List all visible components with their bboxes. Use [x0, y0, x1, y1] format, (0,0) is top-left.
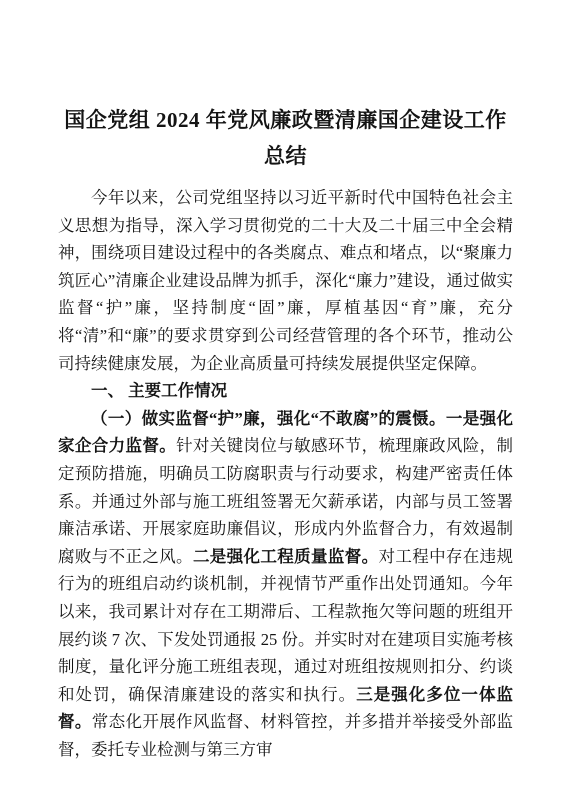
- paragraph-intro: 今年以来，公司党组坚持以习近平新时代中国特色社会主义思想为指导，深入学习贯彻党的…: [58, 184, 513, 377]
- document-page: 国企党组 2024 年党风廉政暨清廉国企建设工作总结 今年以来，公司党组坚持以习…: [0, 0, 570, 807]
- text-run-lead-in-2: 二是强化工程质量监督。: [193, 547, 379, 566]
- section-heading-main-work: 一、 主要工作情况: [58, 377, 513, 405]
- paragraph-section-1: （一）做实监督“护”廉，强化“不敢腐”的震慑。一是强化家企合力监督。针对关键岗位…: [58, 405, 513, 764]
- document-title: 国企党组 2024 年党风廉政暨清廉国企建设工作总结: [58, 102, 513, 174]
- text-run-subheading-1: （一）做实监督“护”廉，强化“不敢腐”的震慑。: [91, 409, 446, 428]
- text-run-body-2: 对工程中存在违规行为的班组启动约谈机制，并视情节严重作出处罚通知。今年以来，我司…: [58, 547, 513, 704]
- text-run-body-3: 常态化开展作风监督、材料管控，并多措并举接受外部监督，委托专业检测与第三方审: [58, 712, 513, 759]
